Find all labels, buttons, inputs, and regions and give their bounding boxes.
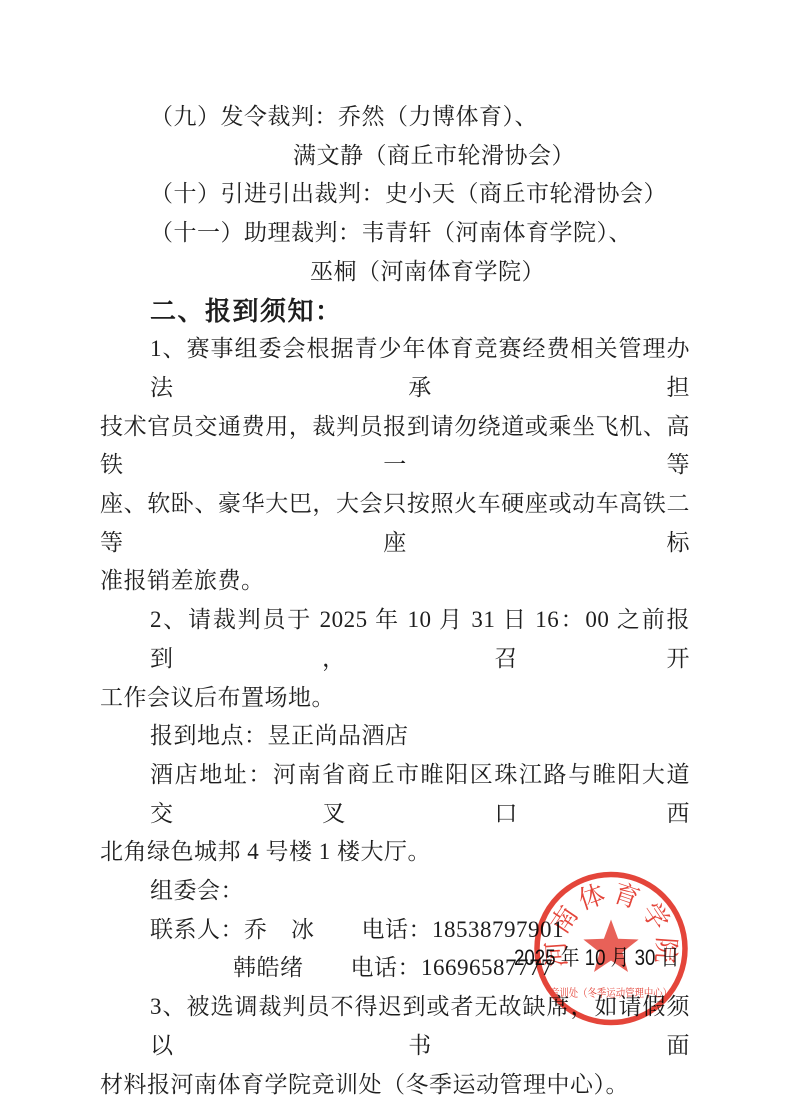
section-heading: 二、报到须知： — [150, 292, 690, 331]
doc-line: 2、请裁判员于 2025 年 10 月 31 日 16：00 之前报到，召开 — [150, 601, 690, 678]
doc-line: 巫桐（河南体育学院） — [310, 253, 690, 292]
official-seal: 河南体育学院 竞训处（冬季运动管理中心） — [531, 867, 691, 1030]
document-page: （九）发令裁判：乔然（力博体育）、 满文静（商丘市轮滑协会） （十）引进引出裁判… — [0, 0, 793, 1115]
seal-bottom-text: 竞训处（冬季运动管理中心） — [550, 986, 672, 1000]
doc-line: 技术官员交通费用，裁判员报到请勿绕道或乘坐飞机、高铁一等 — [100, 408, 690, 485]
doc-line: （十一）助理裁判：韦青轩（河南体育学院）、 — [150, 214, 690, 253]
seal-star-icon — [583, 920, 638, 973]
doc-line: 材料报河南体育学院竞训处（冬季运动管理中心）。 — [100, 1066, 690, 1105]
doc-line: （九）发令裁判：乔然（力博体育）、 — [150, 98, 690, 137]
doc-line: （十）引进引出裁判：史小天（商丘市轮滑协会） — [150, 175, 690, 214]
doc-line: 报到地点：昱正尚品酒店 — [150, 717, 690, 756]
doc-line: 准报销差旅费。 — [100, 562, 690, 601]
doc-line: 座、软卧、豪华大巴，大会只按照火车硬座或动车高铁二等座标 — [100, 485, 690, 562]
doc-line: 1、赛事组委会根据青少年体育竞赛经费相关管理办法承担 — [150, 330, 690, 407]
doc-line: 工作会议后布置场地。 — [100, 679, 690, 718]
doc-line: 满文静（商丘市轮滑协会） — [293, 137, 690, 176]
doc-line: 酒店地址：河南省商丘市睢阳区珠江路与睢阳大道交叉口西 — [150, 756, 690, 833]
